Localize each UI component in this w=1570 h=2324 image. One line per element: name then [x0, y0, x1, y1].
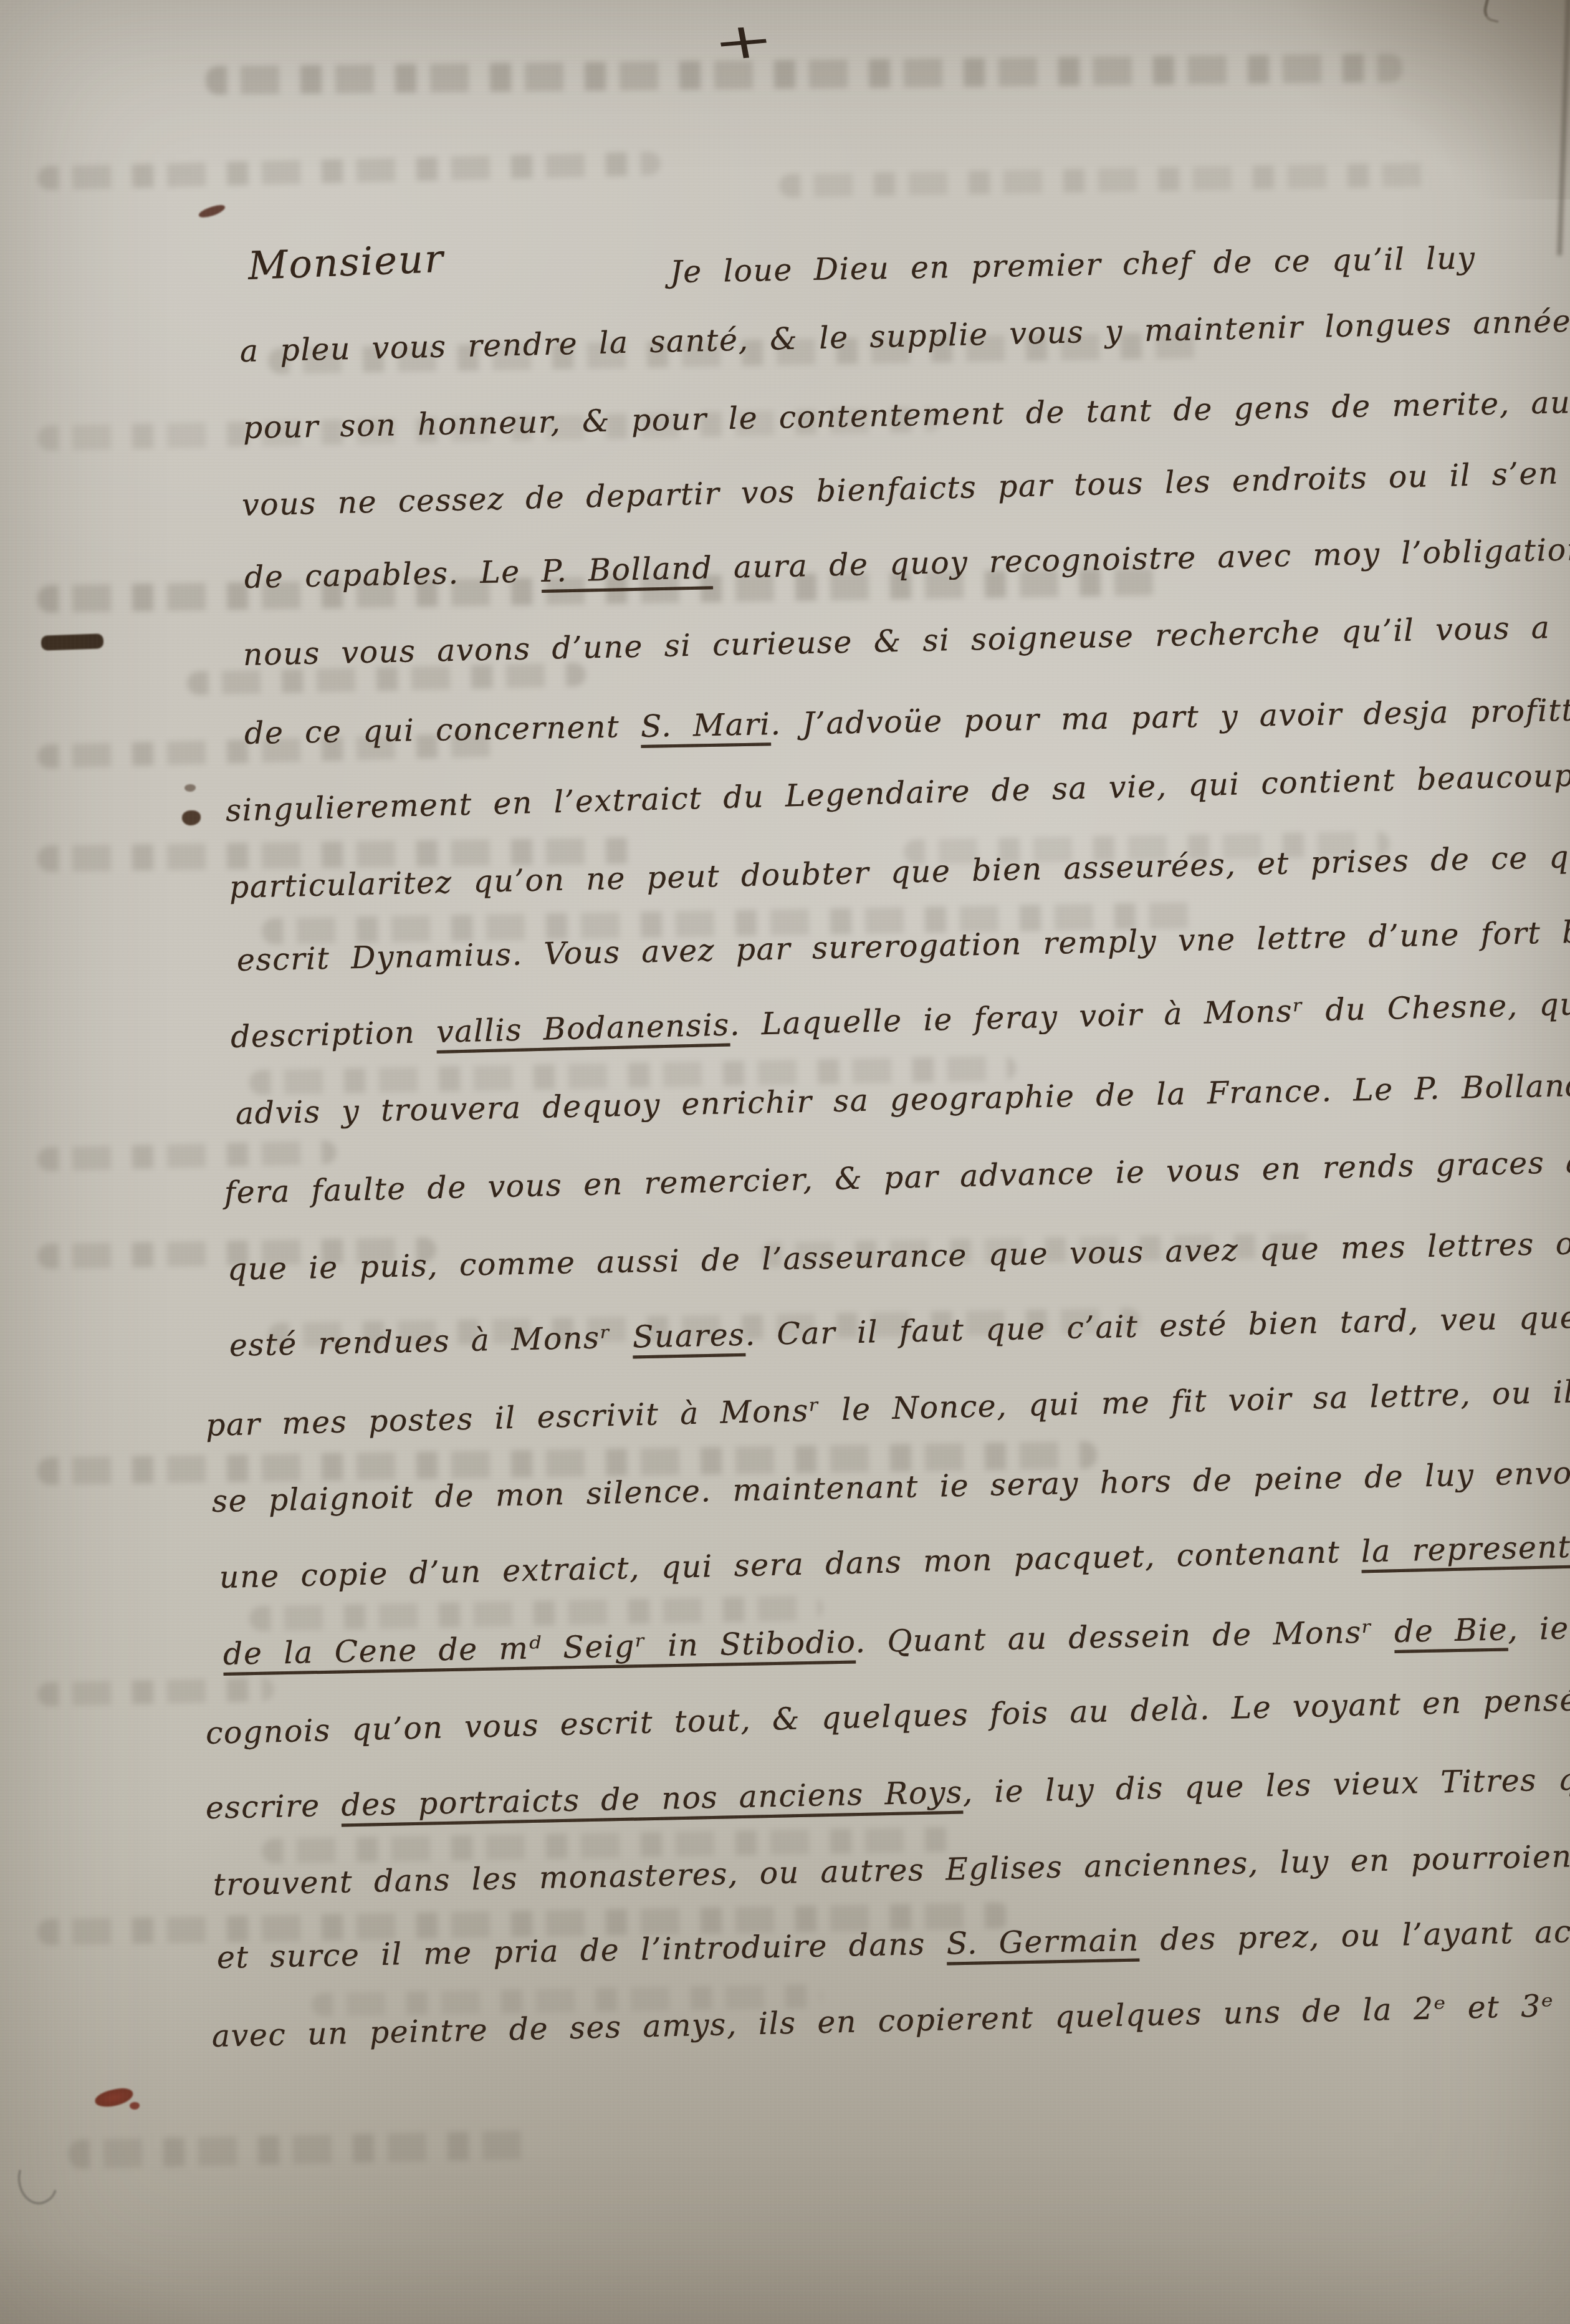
underlined-phrase: Suares	[632, 1317, 745, 1355]
manuscript-line: que ie puis, comme aussi de l’asseurance…	[227, 1223, 1570, 1287]
line-text: par mes postes il escrivit à Monsʳ le No…	[205, 1374, 1570, 1443]
ink-blot	[182, 810, 201, 825]
line-text: singulierement en l’extraict du Legendai…	[225, 756, 1570, 828]
underlined-phrase: vallis Bodanensis	[436, 1007, 730, 1049]
underlined-phrase: S. Germain	[946, 1923, 1139, 1962]
bleedthrough-smudge	[779, 163, 1434, 198]
line-text: de ce qui concernent	[244, 709, 641, 751]
manuscript-line: singulierement en l’extraict du Legendai…	[225, 756, 1570, 828]
line-text: fera faulte de vous en remercier, & par …	[224, 1142, 1570, 1211]
underlined-phrase: de Bie	[1394, 1611, 1508, 1649]
manuscript-line: pour son honneur, & pour le contentement…	[242, 383, 1570, 446]
line-text: des prez, ou l’ayant accompagné	[1139, 1911, 1570, 1957]
line-text: description	[230, 1014, 436, 1055]
line-text: pour son honneur, & pour le contentement…	[242, 383, 1570, 446]
manuscript-line: fera faulte de vous en remercier, & par …	[224, 1142, 1570, 1211]
ink-blot	[41, 633, 104, 650]
cross-mark: +	[708, 11, 779, 72]
manuscript-line: vous ne cessez de departir vos bienfaict…	[241, 452, 1570, 523]
manuscript-line: Je loue Dieu en premier chef de ce qu’il…	[670, 240, 1476, 290]
line-text: cognois qu’on vous escrit tout, & quelqu…	[205, 1680, 1570, 1751]
manuscript-page: + Monsieur Je loue Dieu en premier chef …	[0, 0, 1570, 2324]
underlined-phrase: P. Bolland	[541, 550, 713, 589]
manuscript-line: cognois qu’on vous escrit tout, & quelqu…	[205, 1680, 1570, 1751]
line-text: que ie puis, comme aussi de l’asseurance…	[227, 1223, 1570, 1287]
underlined-phrase: des portraicts de nos anciens Roys	[341, 1775, 964, 1823]
line-text: Je loue Dieu en premier chef de ce qu’il…	[670, 240, 1476, 290]
line-text: . Car il faut que c’ait esté bien tard, …	[745, 1300, 1570, 1353]
page-edge	[1558, 0, 1570, 256]
manuscript-line: par mes postes il escrivit à Monsʳ le No…	[205, 1374, 1570, 1443]
manuscript-line: une copie d’un extraict, qui sera dans m…	[219, 1527, 1570, 1595]
line-text: , ie	[1508, 1611, 1570, 1648]
line-text: nous vous avons d’une si curieuse & si s…	[242, 605, 1570, 673]
line-text: . Laquelle ie feray voir à Monsʳ du Ches…	[729, 983, 1570, 1043]
underlined-phrase: S. Mari	[640, 706, 771, 744]
bleedthrough-smudge	[37, 151, 661, 190]
manuscript-line: escrire des portraicts de nos anciens Ro…	[205, 1760, 1570, 1826]
salutation: Monsieur	[247, 236, 445, 289]
ink-blot	[184, 784, 196, 792]
line-text: , ie luy dis que les vieux Titres qui se	[962, 1760, 1570, 1810]
line-text: une copie d’un extraict, qui sera dans m…	[219, 1534, 1361, 1595]
underlined-phrase: de la Cene de mᵈ Seigʳ in Stibodio	[223, 1625, 856, 1672]
line-text: escrire	[205, 1787, 341, 1826]
manuscript-line: de ce qui concernent S. Mari. J’advoüe p…	[244, 692, 1570, 751]
corner-mark	[1481, 0, 1503, 23]
line-text: . J’advoüe pour ma part y avoir desja pr…	[770, 692, 1570, 742]
red-ink-blot	[130, 2102, 140, 2110]
pencil-squiggle	[9, 2149, 65, 2210]
manuscript-line: esté rendues à Monsʳ Suares. Car il faut…	[229, 1300, 1570, 1363]
red-ink-blot	[93, 2086, 135, 2110]
line-text: esté rendues à Monsʳ	[229, 1319, 633, 1363]
bleedthrough-smudge	[206, 54, 1402, 95]
line-text: de capables. Le	[244, 554, 542, 595]
bleedthrough-smudge	[69, 2130, 543, 2169]
manuscript-line: nous vous avons d’une si curieuse & si s…	[242, 605, 1570, 673]
line-text: . Quant au dessein de Monsʳ	[855, 1614, 1395, 1660]
ink-blot	[198, 203, 226, 220]
bleedthrough-smudge	[37, 1140, 337, 1171]
line-text: vous ne cessez de departir vos bienfaict…	[241, 452, 1570, 523]
manuscript-line: description vallis Bodanensis. Laquelle …	[230, 983, 1570, 1055]
underlined-phrase: la representation	[1361, 1527, 1570, 1570]
bleedthrough-smudge	[37, 1678, 275, 1707]
